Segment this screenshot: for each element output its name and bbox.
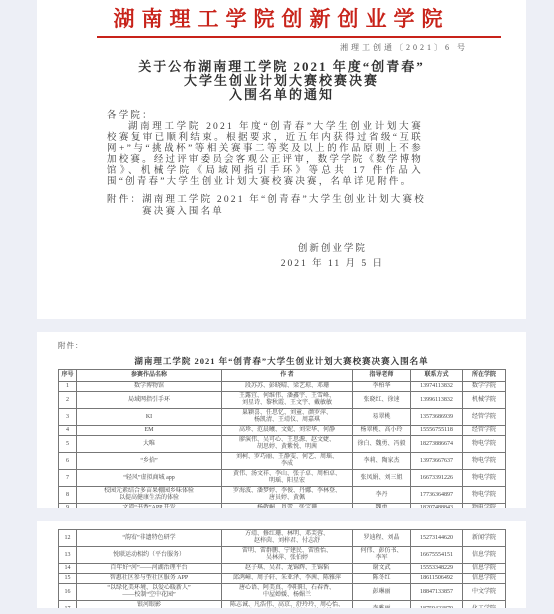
cell-college: 物电学院 (463, 504, 506, 509)
table-row: 2局域网指引手环王露宜、何维伟、潘鑫宇、王雪峰、 刘星诗、黎秋霞、王文宇、戴敏敏… (59, 392, 506, 409)
cell-advisor: 李柏华 (353, 382, 411, 392)
header-rule (97, 36, 501, 38)
cell-college: 数学学院 (463, 382, 506, 392)
cell-phone: 18273886674 (411, 436, 463, 453)
cell-authors: 赵子琪、吴君、龙锦辉、王锦韬 (222, 564, 353, 574)
cell-authors: 黄伟、汤文祥、李山、张子卓、周柏卓、 明瑶、阳星宏 (222, 470, 353, 487)
cell-college: 经管学院 (463, 409, 506, 426)
cell-college: 物电学院 (463, 470, 506, 487)
cell-title: EM (77, 426, 222, 436)
attachment-title-text: 湖南理工学院 2021 年“创青春”大学生创业计划大赛校赛决赛入围名单 (142, 194, 436, 218)
cell-phone: 15556755118 (411, 426, 463, 436)
cell-title: “轻风”虚拟商城 app (77, 470, 222, 487)
attachment-page-label: 附件： (58, 340, 526, 351)
cell-phone: 13974113832 (411, 382, 463, 392)
cell-phone: 16675554151 (411, 547, 463, 564)
cell-no: 13 (59, 547, 77, 564)
table-row: 7“轻风”虚拟商城 app黄伟、汤文祥、李山、张子卓、周柏卓、 明瑶、阳星宏张凤… (59, 470, 506, 487)
notice-title-line-2: 大学生创业计划大赛校赛决赛 (37, 74, 526, 88)
cell-college: 经管学院 (463, 426, 506, 436)
signer: 创新创业学院 (281, 242, 384, 257)
column-header: 指导老师 (353, 370, 411, 382)
cell-title: 悦联运动相约（平台服务） (77, 547, 222, 564)
cell-authors: 唐心语、阿美真、李阳阳、石春香、 中屋婵媛、杨媚兰 (222, 584, 353, 601)
column-header: 联系方式 (411, 370, 463, 382)
notice-title: 关于公布湖南理工学院 2021 年度“创青春” 大学生创业计划大赛校赛决赛 入围… (37, 60, 526, 102)
cell-no: 16 (59, 584, 77, 601)
greeting: 各学院： (107, 111, 423, 122)
column-header: 作 者 (222, 370, 353, 382)
cell-advisor: 徐白、魏勇、冯毅 (353, 436, 411, 453)
cell-title: 数学博物馆 (77, 382, 222, 392)
cell-no: 12 (59, 530, 77, 547)
cell-authors: 巢颖喜、任思忆、刘童、颜罗萍、 杨凯清、王靖仪、周嘉琪 (222, 409, 353, 426)
cell-authors: 陈志诚、凡浩伟、高京、舒玲玲、周心怡、 周安三、陶畇伊、熊振海、沈咏桥 (222, 601, 353, 609)
cell-authors: 杨敬嵋、肖蕾、张宝珊 (222, 504, 353, 509)
cell-advisor: 谢文武 (353, 564, 411, 574)
cell-title: 智惠社区参与型社区服务 APP (77, 574, 222, 584)
cell-advisor: 何伟、彭仿书、 李军 (353, 547, 411, 564)
cell-advisor: 张凤娟、刘三姐 (353, 470, 411, 487)
cell-college: 物电学院 (463, 487, 506, 504)
cell-no: 15 (59, 574, 77, 584)
cell-title: 校园元素结合多亩果棚园乡味体验 以提高健康生活的体验 (77, 487, 222, 504)
cell-phone: 15553348229 (411, 564, 463, 574)
cell-advisor: 李丹 (353, 487, 411, 504)
cell-college: 中文学院 (463, 584, 506, 601)
roster-table-title: 湖南理工学院 2021 年“创青春”大学生创业计划大赛校赛决赛入围名单 (58, 355, 505, 367)
table-row: 14百年好“河”——河湖治理平台赵子琪、吴君、龙锦辉、王锦韬谢文武1555334… (59, 564, 506, 574)
cell-no: 2 (59, 392, 77, 409)
document-viewport: { "colors": { "accent_red": "#c8231a", "… (0, 0, 554, 614)
cell-advisor: 罗迪程、刘晶 (353, 530, 411, 547)
cell-authors: 王露宜、何维伟、潘鑫宇、王雪峰、 刘星诗、黎秋霞、王文宇、戴敏敏 (222, 392, 353, 409)
cell-phone: 18847133857 (411, 584, 463, 601)
cell-phone: 18759423870 (411, 601, 463, 609)
cell-title: 文道“书香”APP 开发 (77, 504, 222, 509)
roster-table-1: 序号参赛作品名称作 者指导老师联系方式所在学院 1数学博物馆段苏苏、彭晓晴、梁艺… (58, 369, 506, 508)
table-row: 6“乡拾”刘柯、罗巧丽、王静雯、何艺、周瑶、 李成李莉、陶家杰139736676… (59, 453, 506, 470)
attachment-page-2: 12“韵宥”非遗特色研学方靖、修红珊、林明、邓芙蓉、 赵梓茵、刘梓君、付志舒罗迪… (37, 521, 526, 608)
table-row: 3KI巢颖喜、任思忆、刘童、颜罗萍、 杨凯清、王靖仪、周嘉琪易翠桃1357368… (59, 409, 506, 426)
cell-college: 机械学院 (463, 392, 506, 409)
cell-no: 8 (59, 487, 77, 504)
cell-no: 17 (59, 601, 77, 609)
column-header: 序号 (59, 370, 77, 382)
table-row: 8校园元素结合多亩果棚园乡味体验 以提高健康生活的体验罗海波、潘梦婷、李俊、丹娜… (59, 487, 506, 504)
attachment-page-1: 附件： 湖南理工学院 2021 年“创青春”大学生创业计划大赛校赛决赛入围名单 … (37, 332, 526, 508)
cell-no: 9 (59, 504, 77, 509)
cell-college: 化工学院 (463, 601, 506, 609)
cell-college: 信息学院 (463, 574, 506, 584)
cell-phone: 13573686939 (411, 409, 463, 426)
cell-advisor: 易翠桃 (353, 409, 411, 426)
sign-date: 2021 年 11 月 5 日 (281, 257, 384, 272)
column-header: 所在学院 (463, 370, 506, 382)
cell-title: “以绿化美环境、以爱心暖新人” ——校制“空中花园” (77, 584, 222, 601)
cell-no: 3 (59, 409, 77, 426)
cell-no: 1 (59, 382, 77, 392)
cell-authors: 廖演伟、吴可心、王思源、赵文婕、 胡思婷、黄紫悦、明茜 (222, 436, 353, 453)
doc-number: 湘理工创通〔2021〕6 号 (37, 42, 468, 53)
cell-college: 新闻学院 (463, 530, 506, 547)
cell-college: 物电学院 (463, 453, 506, 470)
table-row: 1数学博物馆段苏苏、彭晓晴、梁艺琼、邓珊李柏华13974113832数学学院 (59, 382, 506, 392)
cell-title: 银河眼影 （Milky Way Eyes Shadow） (77, 601, 222, 609)
cell-advisor: 李雅丽 (353, 601, 411, 609)
cell-college: 物电学院 (463, 436, 506, 453)
cell-college: 信息学院 (463, 564, 506, 574)
cell-advisor: 李莉、陶家杰 (353, 453, 411, 470)
org-title: 湖南理工学院创新创业学院 (37, 3, 526, 33)
cell-phone: 18611506492 (411, 574, 463, 584)
cell-authors: 罗海波、潘梦婷、李俊、丹娜、李林登、 唐员婷、黄佩 (222, 487, 353, 504)
cell-authors: 邱鸿嶂、周子轩、朱亚泽、李茜、陈雅萍 (222, 574, 353, 584)
table-row: 13悦联运动相约（平台服务）雷明、雷群鹏、宁建民、雷胜怡、 吴林萍、张伯婷何伟、… (59, 547, 506, 564)
cell-phone: 15273144620 (411, 530, 463, 547)
cell-authors: 高珍、范晨曦、文妮、刘荣华、何静 (222, 426, 353, 436)
table-row: 4EM高珍、范晨曦、文妮、刘荣华、何静杨翠桃、高小玲15556755118经管学… (59, 426, 506, 436)
cell-advisor: 杨翠桃、高小玲 (353, 426, 411, 436)
cell-no: 5 (59, 436, 77, 453)
roster-header-row: 序号参赛作品名称作 者指导老师联系方式所在学院 (59, 370, 506, 382)
cell-phone: 16673391226 (411, 470, 463, 487)
cell-title: 百年好“河”——河湖治理平台 (77, 564, 222, 574)
cell-advisor: 魏勇 (353, 504, 411, 509)
table-row: 12“韵宥”非遗特色研学方靖、修红珊、林明、邓芙蓉、 赵梓茵、刘梓君、付志舒罗迪… (59, 530, 506, 547)
cell-advisor: 彭琳丽 (353, 584, 411, 601)
cell-title: 大唯 (77, 436, 222, 453)
attachment-label: 附件： (107, 194, 142, 218)
cell-advisor: 陈冬红 (353, 574, 411, 584)
cell-no: 14 (59, 564, 77, 574)
cell-authors: 段苏苏、彭晓晴、梁艺琼、邓珊 (222, 382, 353, 392)
cell-title: KI (77, 409, 222, 426)
signature-block: 创新创业学院 2021 年 11 月 5 日 (281, 242, 384, 272)
cell-college: 信息学院 (463, 547, 506, 564)
cell-title: 局域网指引手环 (77, 392, 222, 409)
notice-title-line-1: 关于公布湖南理工学院 2021 年度“创青春” (37, 60, 526, 74)
cell-no: 7 (59, 470, 77, 487)
column-header: 参赛作品名称 (77, 370, 222, 382)
cell-phone: 18207488843 (411, 504, 463, 509)
table-row: 15智惠社区参与型社区服务 APP邱鸿嶂、周子轩、朱亚泽、李茜、陈雅萍陈冬红18… (59, 574, 506, 584)
cell-authors: 刘柯、罗巧丽、王静雯、何艺、周瑶、 李成 (222, 453, 353, 470)
cell-no: 4 (59, 426, 77, 436)
cell-phone: 13996113832 (411, 392, 463, 409)
notice-title-line-3: 入围名单的通知 (37, 88, 526, 102)
table-row: 5大唯廖演伟、吴可心、王思源、赵文婕、 胡思婷、黄紫悦、明茜徐白、魏勇、冯毅18… (59, 436, 506, 453)
cell-title: “韵宥”非遗特色研学 (77, 530, 222, 547)
cell-no: 6 (59, 453, 77, 470)
notice-page: 湖南理工学院创新创业学院 湘理工创通〔2021〕6 号 关于公布湖南理工学院 2… (37, 0, 526, 319)
table-row: 16“以绿化美环境、以爱心暖新人” ——校制“空中花园”唐心语、阿美真、李阳阳、… (59, 584, 506, 601)
cell-authors: 雷明、雷群鹏、宁建民、雷胜怡、 吴林萍、张伯婷 (222, 547, 353, 564)
table-row: 17银河眼影 （Milky Way Eyes Shadow）陈志诚、凡浩伟、高京… (59, 601, 506, 609)
notice-body: 各学院： 湖南理工学院 2021 年度“创青春”大学生创业计划大赛校赛复审已顺利… (107, 111, 423, 188)
cell-authors: 方靖、修红珊、林明、邓芙蓉、 赵梓茵、刘梓君、付志舒 (222, 530, 353, 547)
cell-title: “乡拾” (77, 453, 222, 470)
cell-phone: 17736364897 (411, 487, 463, 504)
cell-phone: 13973667637 (411, 453, 463, 470)
body-paragraph: 湖南理工学院 2021 年度“创青春”大学生创业计划大赛校赛复审已顺利结束。根据… (107, 122, 423, 188)
roster-table-2: 12“韵宥”非遗特色研学方靖、修红珊、林明、邓芙蓉、 赵梓茵、刘梓君、付志舒罗迪… (58, 529, 506, 608)
cell-advisor: 张晓红、徐速 (353, 392, 411, 409)
attachment-reference: 附件： 湖南理工学院 2021 年“创青春”大学生创业计划大赛校赛决赛入围名单 (107, 194, 436, 218)
table-row: 9文道“书香”APP 开发杨敬嵋、肖蕾、张宝珊魏勇18207488843物电学院 (59, 504, 506, 509)
